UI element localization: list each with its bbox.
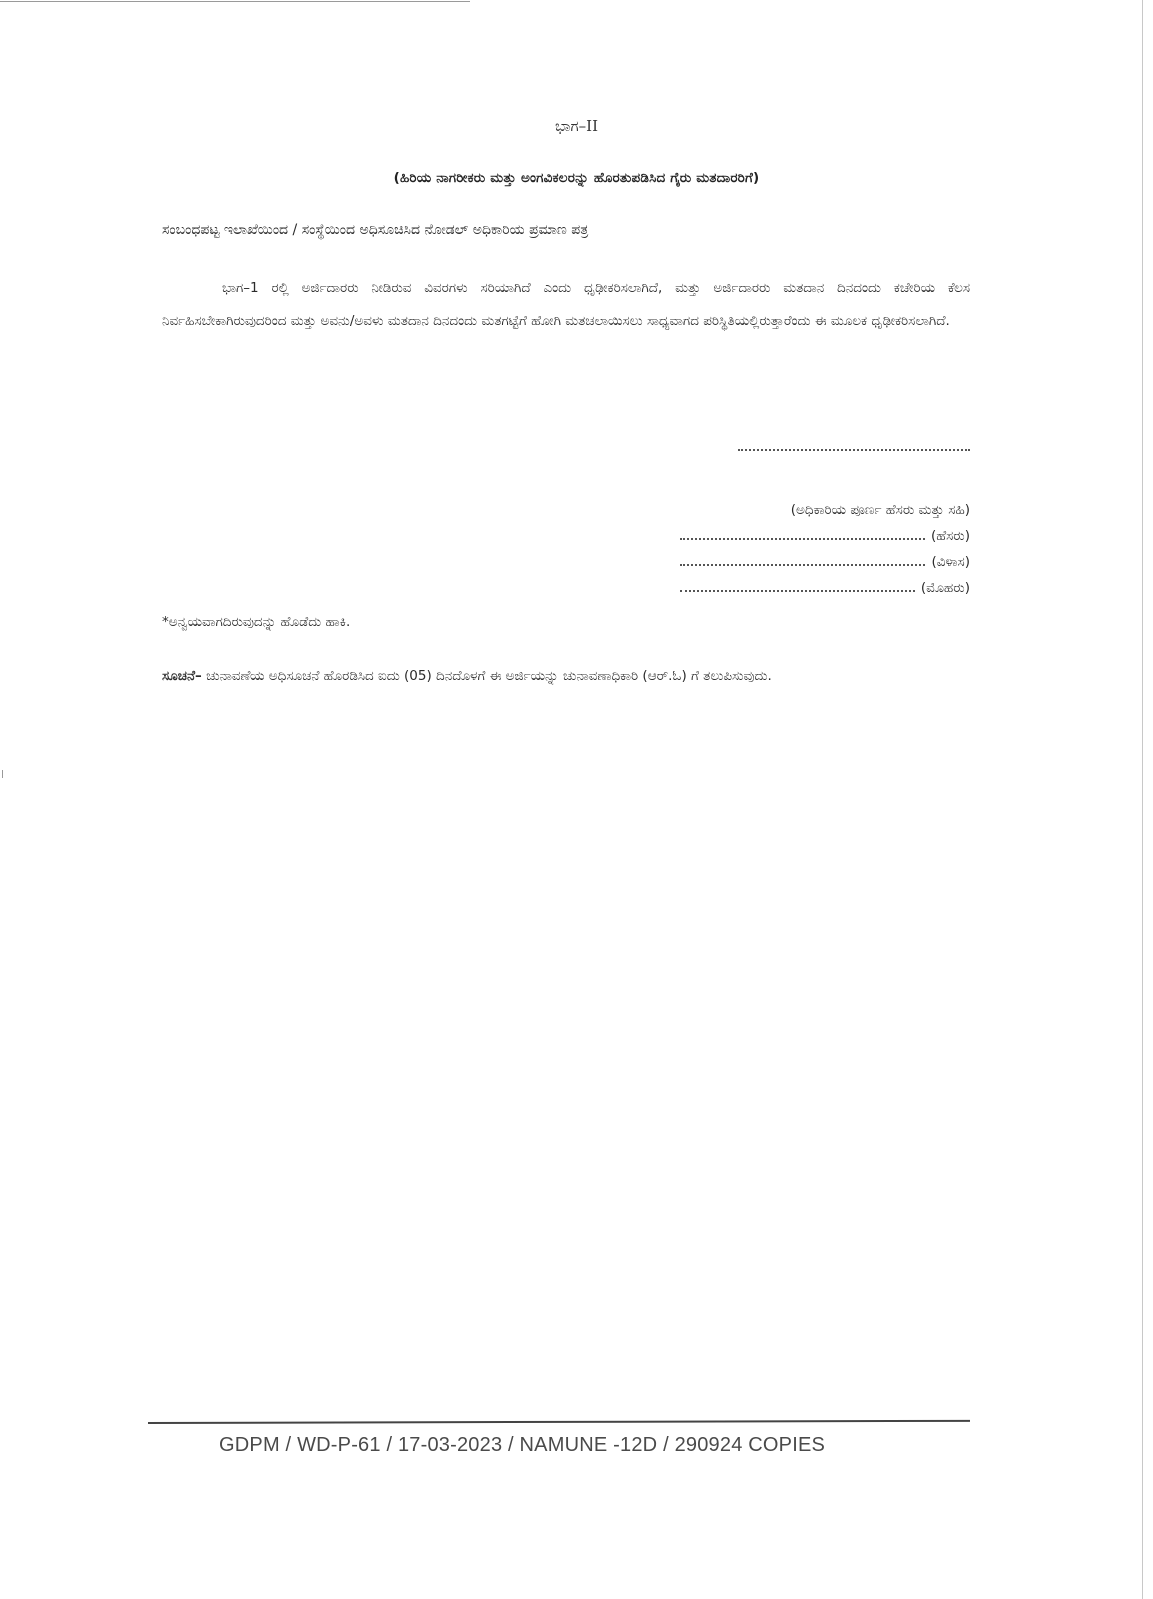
footer-rule [148, 1420, 970, 1424]
note-label: ಸೂಚನೆ– [162, 668, 202, 684]
seal-label: (ಮೊಹರು) [921, 580, 970, 596]
note-text: ಚುನಾವಣೆಯ ಅಧಿಸೂಚನೆ ಹೊರಡಿಸಿದ ಐದು (05) ದಿನದ… [206, 668, 772, 684]
subtitle: (ಹಿರಿಯ ನಾಗರೀಕರು ಮತ್ತು ಅಂಗವಿಕಲರನ್ನು ಹೊರತು… [0, 170, 1153, 186]
seal-field: (ಮೊಹರು) [640, 580, 970, 606]
part-title: ಭಾಗ–II [0, 117, 1153, 135]
signature-caption: (ಅಧಿಕಾರಿಯ ಪೂರ್ಣ ಹೆಸರು ಮತ್ತು ಸಹಿ) [640, 502, 970, 528]
signature-line [738, 449, 970, 451]
name-blank [680, 538, 925, 540]
address-label: (ವಿಳಾಸ) [931, 554, 970, 570]
address-blank [680, 564, 925, 566]
footer-code: GDPM / WD-P-61 / 17-03-2023 / NAMUNE -12… [219, 1434, 825, 1457]
scan-edge-top [0, 1, 470, 2]
certificate-title: ಸಂಬಂಧಪಟ್ಟ ಇಲಾಖೆಯಿಂದ / ಸಂಸ್ಥೆಯಿಂದ ಅಧಿಸೂಚಿ… [162, 222, 588, 238]
signature-block: (ಅಧಿಕಾರಿಯ ಪೂರ್ಣ ಹೆಸರು ಮತ್ತು ಸಹಿ) (ಹೆಸರು)… [640, 502, 970, 606]
scan-speck [2, 770, 3, 778]
scan-edge-right [1142, 0, 1143, 1599]
certification-paragraph: ಭಾಗ–1 ರಲ್ಲಿ ಅರ್ಜಿದಾರರು ನೀಡಿರುವ ವಿವರಗಳು ಸ… [162, 272, 970, 338]
seal-blank [680, 590, 915, 592]
name-label: (ಹೆಸರು) [931, 528, 970, 544]
name-field: (ಹೆಸರು) [640, 528, 970, 554]
address-field: (ವಿಳಾಸ) [640, 554, 970, 580]
note: ಸೂಚನೆ– ಚುನಾವಣೆಯ ಅಧಿಸೂಚನೆ ಹೊರಡಿಸಿದ ಐದು (0… [162, 662, 952, 690]
footnote: *ಅನ್ವಯವಾಗದಿರುವುದನ್ನು ಹೊಡೆದು ಹಾಕಿ. [162, 614, 350, 630]
